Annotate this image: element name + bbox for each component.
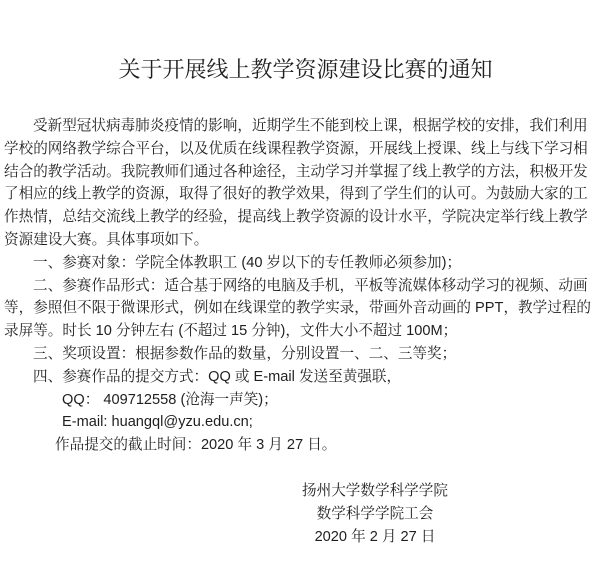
- list-item-work-format: 二、参赛作品形式：适合基于网络的电脑及手机，平板等流媒体移动学习的视频、动画: [4, 275, 589, 298]
- signature-line-college: 扬州大学数学科学学院: [245, 480, 505, 503]
- notice-title: 关于开展线上教学资源建设比赛的通知: [0, 55, 611, 85]
- signature-line-union: 数学科学学院工会: [245, 503, 505, 526]
- body-line: 受新型冠状病毒肺炎疫情的影响，近期学生不能到校上课，根据学校的安排，我们利用: [4, 115, 589, 138]
- body-line: 录屏等。时长 10 分钟左右 (不超过 15 分钟)，文件大小不超过 100M；: [4, 320, 589, 343]
- body-line: 结合的教学活动。我院教师们通过各种途径，主动学习并掌握了线上教学的方法，积极开发: [4, 161, 589, 184]
- deadline-line: 作品提交的截止时间：2020 年 3 月 27 日。: [4, 434, 589, 457]
- body-line: 学校的网络教学综合平台，以及优质在线课程教学资源，开展线上授课、线上与线下学习相: [4, 138, 589, 161]
- body-line: 了相应的线上教学的资源，取得了很好的教学效果，得到了学生们的认可。为鼓励大家的工: [4, 183, 589, 206]
- signature-block: 扬州大学数学科学学院 数学科学学院工会 2020 年 2 月 27 日: [245, 480, 505, 549]
- list-item-submission: 四、参赛作品的提交方式：QQ 或 E-mail 发送至黄强联，: [4, 366, 589, 389]
- qq-contact-line: QQ： 409712558 (沧海一声笑)；: [4, 389, 589, 412]
- list-item-awards: 三、奖项设置：根据参数作品的数量，分别设置一、二、三等奖；: [4, 343, 589, 366]
- body-line: 作热情，总结交流线上教学的经验，提高线上教学资源的设计水平，学院决定举行线上教学: [4, 206, 589, 229]
- email-contact-line: E-mail: huangql@yzu.edu.cn;: [4, 411, 589, 434]
- body-line: 资源建设大赛。具体事项如下。: [4, 229, 589, 252]
- body-line: 等，参照但不限于微课形式，例如在线课堂的教学实录，带画外音动画的 PPT，教学过…: [4, 297, 589, 320]
- signature-line-date: 2020 年 2 月 27 日: [245, 526, 505, 549]
- notice-body: 受新型冠状病毒肺炎疫情的影响，近期学生不能到校上课，根据学校的安排，我们利用 学…: [4, 115, 589, 457]
- notice-page: 关于开展线上教学资源建设比赛的通知 受新型冠状病毒肺炎疫情的影响，近期学生不能到…: [0, 0, 611, 580]
- list-item-participants: 一、参赛对象：学院全体教职工 (40 岁以下的专任教师必须参加)；: [4, 252, 589, 275]
